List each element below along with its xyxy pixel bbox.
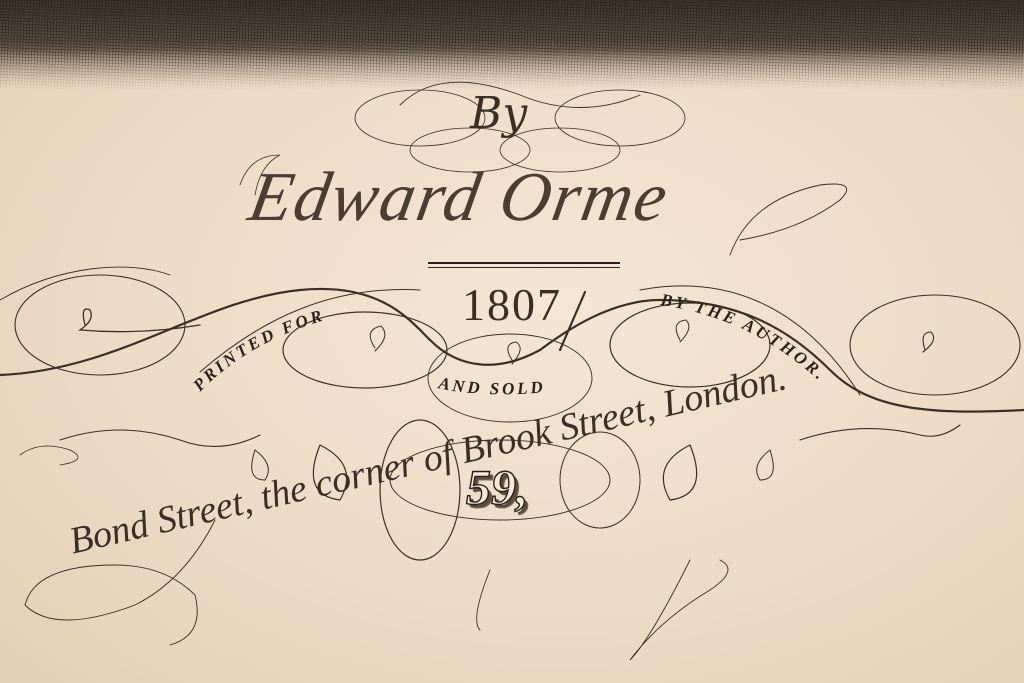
publication-year: 1807: [462, 278, 562, 331]
imprint-and-sold: AND SOLD: [436, 373, 546, 398]
double-rule-top: [428, 262, 620, 264]
double-rule-bottom: [428, 267, 620, 268]
imprint-printed-for: PRINTED FOR: [189, 305, 327, 395]
by-label: By: [470, 88, 527, 139]
author-name: Edward Orme: [243, 158, 675, 238]
